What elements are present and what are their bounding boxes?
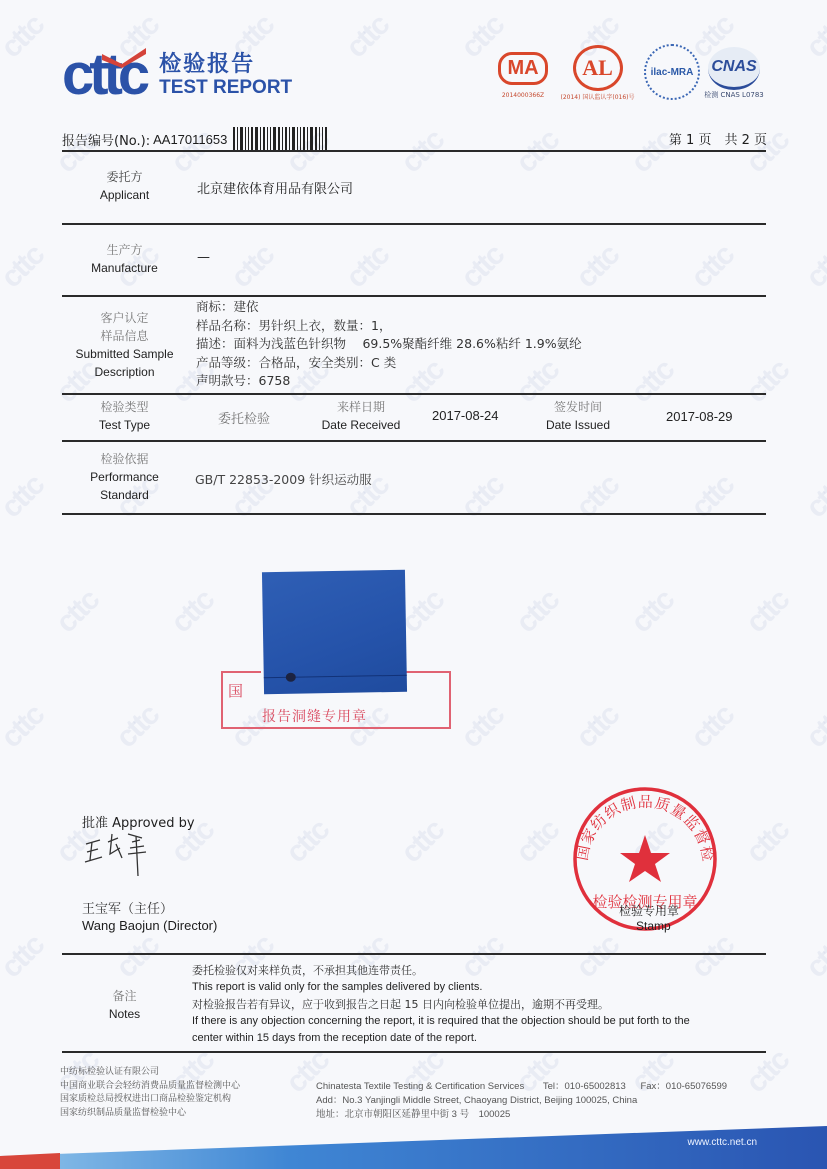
divider xyxy=(62,150,766,152)
ilac-mra-icon: ilac-MRA xyxy=(644,44,700,100)
fabric-mark xyxy=(286,673,296,682)
website-link[interactable]: www.cttc.net.cn xyxy=(688,1137,757,1148)
report-number-label: 报告编号(No.): xyxy=(62,130,150,149)
date-received-label: 来样日期 Date Received xyxy=(318,398,404,434)
standard-label-cn: 检验依据 xyxy=(62,450,187,468)
date-issued-label-cn: 签发时间 xyxy=(540,398,616,416)
sample-label: 客户认定 样品信息 Submitted Sample Description xyxy=(62,309,187,381)
date-received-label-cn: 来样日期 xyxy=(318,398,404,416)
divider xyxy=(62,953,766,955)
cnas-certification: CNAS 检测 CNAS L0783 xyxy=(704,46,764,100)
organization-name: 中国商业联合会轻纺消费品质量监督检测中心 xyxy=(60,1080,240,1094)
applicant-label-cn: 委托方 xyxy=(62,168,187,186)
director-name-cn: 王宝军（主任） xyxy=(82,898,173,917)
cnas-icon: CNAS xyxy=(708,47,760,90)
sample-label-en-1: Submitted Sample xyxy=(62,345,187,363)
cal-code: (2014) 国认监认字(016)号 xyxy=(560,92,635,101)
cal-certification: AL (2014) 国认监认字(016)号 xyxy=(560,46,635,101)
notes-label: 备注 Notes xyxy=(62,987,187,1023)
sample-composition: 描述：面料为浅蓝色针织物 69.5%聚酯纤维 28.6%粘纤 1.9%氨纶 xyxy=(196,335,582,354)
sample-trademark: 商标：建依 xyxy=(196,298,582,317)
logo-mark: cttc xyxy=(62,50,145,100)
manufacture-label-cn: 生产方 xyxy=(62,241,187,259)
applicant-label-en: Applicant xyxy=(62,186,187,204)
fabric-sample-swatch xyxy=(262,570,407,694)
divider xyxy=(62,393,766,395)
test-type-label-cn: 检验类型 xyxy=(62,398,187,416)
report-number-value: AA17011653 xyxy=(153,132,227,147)
organization-name: 国家质检总局授权进出口商品检验鉴定机构 xyxy=(60,1093,240,1107)
footer-contact: Chinatesta Textile Testing & Certificati… xyxy=(316,1080,727,1122)
sample-name: 样品名称：男针织上衣，数量：1， xyxy=(196,317,582,336)
seam-seal-title: 报告洞缝专用章 xyxy=(262,706,367,726)
signature-icon xyxy=(82,830,152,878)
manufacture-value: — xyxy=(197,250,210,265)
organization-name: 中纺标检验认证有限公司 xyxy=(60,1066,240,1080)
company-name-en: Chinatesta Textile Testing & Certificati… xyxy=(316,1081,524,1092)
cttc-logo: cttc 检验报告 TEST REPORT xyxy=(62,50,292,100)
sample-label-cn-1: 客户认定 xyxy=(62,309,187,327)
divider xyxy=(62,513,766,515)
report-number: 报告编号(No.): AA17011653 xyxy=(62,127,329,151)
test-type-value: 委托检验 xyxy=(218,408,270,427)
cma-icon: MA xyxy=(498,52,547,85)
ilac-mra-certification: ilac-MRA xyxy=(644,44,702,100)
note-line: 对检验报告若有异议，应于收到报告之日起 15 日内向检验单位提出，逾期不再受理。 xyxy=(192,996,690,1013)
test-type-label: 检验类型 Test Type xyxy=(62,398,187,434)
sample-style-no: 声明款号：6758 xyxy=(196,372,582,391)
date-received-value: 2017-08-24 xyxy=(432,408,499,423)
date-issued-label-en: Date Issued xyxy=(540,416,616,434)
sample-label-en-2: Description xyxy=(62,363,187,381)
divider xyxy=(62,223,766,225)
cnas-code: 检测 CNAS L0783 xyxy=(704,90,764,100)
applicant-value: 北京建依体育用品有限公司 xyxy=(197,178,353,197)
sample-grade: 产品等级：合格品，安全类别：C 类 xyxy=(196,354,582,373)
note-line: 委托检验仅对来样负责，不承担其他连带责任。 xyxy=(192,962,690,979)
date-issued-value: 2017-08-29 xyxy=(666,409,733,424)
date-issued-label: 签发时间 Date Issued xyxy=(540,398,616,434)
manufacture-label-en: Manufacture xyxy=(62,259,187,277)
applicant-label: 委托方 Applicant xyxy=(62,168,187,204)
footer-organizations: 中纺标检验认证有限公司 中国商业联合会轻纺消费品质量监督检测中心 国家质检总局授… xyxy=(60,1066,240,1120)
telephone: Tel：010-65002813 xyxy=(543,1081,626,1092)
page-indicator: 第 1 页 共 2 页 xyxy=(669,129,767,148)
fax: Fax：010-65076599 xyxy=(640,1081,727,1092)
stamp-label-en: Stamp xyxy=(636,919,671,933)
standard-label-en-1: Performance xyxy=(62,468,187,486)
report-title-en: TEST REPORT xyxy=(159,78,292,97)
standard-label-en-2: Standard xyxy=(62,486,187,504)
address-en: Add：No.3 Yanjingli Middle Street, Chaoya… xyxy=(316,1094,727,1108)
notes-label-en: Notes xyxy=(62,1005,187,1023)
standard-label: 检验依据 Performance Standard xyxy=(62,450,187,504)
cma-code: 2014000366Z xyxy=(492,92,554,99)
approved-by-label: 批准 Approved by xyxy=(82,812,195,831)
logo-chevron-icon xyxy=(102,48,146,68)
notes-label-cn: 备注 xyxy=(62,987,187,1005)
director-name-en: Wang Baojun (Director) xyxy=(82,918,217,933)
divider xyxy=(62,1051,766,1053)
note-line: If there is any objection concerning the… xyxy=(192,1013,690,1030)
sample-label-cn-2: 样品信息 xyxy=(62,327,187,345)
notes-text: 委托检验仅对来样负责，不承担其他连带责任。 This report is val… xyxy=(192,962,690,1047)
date-received-label-en: Date Received xyxy=(318,416,404,434)
barcode xyxy=(233,127,329,151)
organization-name: 国家纺织制品质量监督检验中心 xyxy=(60,1107,240,1121)
sample-description: 商标：建依 样品名称：男针织上衣，数量：1， 描述：面料为浅蓝色针织物 69.5… xyxy=(196,298,582,391)
standard-value: GB/T 22853-2009 针织运动服 xyxy=(195,470,372,488)
divider xyxy=(62,440,766,442)
seam-seal-text: 国 xyxy=(228,680,243,701)
stamp-label-cn: 检验专用章 xyxy=(619,902,679,919)
divider xyxy=(62,295,766,297)
cal-icon: AL xyxy=(573,45,623,91)
manufacture-label: 生产方 Manufacture xyxy=(62,241,187,277)
note-line: This report is valid only for the sample… xyxy=(192,979,690,996)
cma-certification: MA 2014000366Z xyxy=(492,46,554,99)
report-title-cn: 检验报告 xyxy=(159,54,292,76)
note-line: center within 15 days from the reception… xyxy=(192,1030,690,1047)
test-type-label-en: Test Type xyxy=(62,416,187,434)
